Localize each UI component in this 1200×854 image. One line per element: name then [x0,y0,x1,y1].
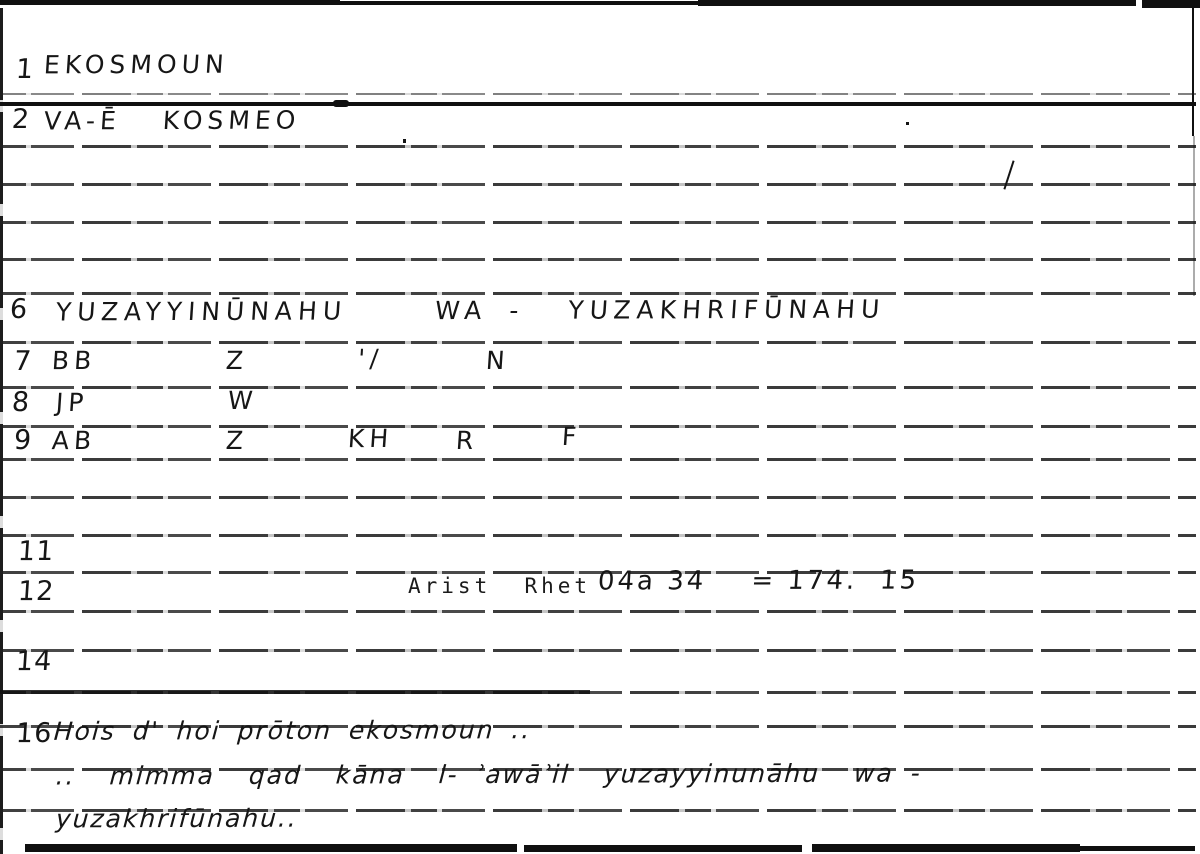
ruled-line [0,292,1196,295]
handwritten-citation: 04a 34 = 174. 15 [597,567,920,594]
ruled-line [0,534,1196,537]
handwritten-arabic-quotation-2: yuzakhrifūnahu.. [55,806,299,832]
variant-letter: Z [225,428,249,453]
scanned-index-card: 1 EKOSMOUN 2 VA-Ē KOSMEO 6 YUZAYYINŪNAHU… [0,0,1200,854]
siglum-jp: JP [55,390,89,415]
line-number-14: 14 [15,648,53,675]
printed-source-reference: Arist Rhet [408,576,591,597]
bottom-edge-bar [25,844,517,852]
ruled-line [0,649,1196,652]
variant-letter: R [455,428,479,453]
bottom-edge-bar [812,844,1080,852]
right-border [1193,136,1195,296]
top-edge-bar [698,0,1136,6]
siglum-bb: BB [51,348,97,373]
line-number-8: 8 [11,389,31,416]
handwritten-line2: VA-Ē KOSMEO [43,108,301,134]
ruled-line-heavy [0,690,590,694]
ruled-line [0,425,1196,428]
top-edge-bar [0,0,340,5]
ruled-line [0,386,1196,389]
line-number-2: 2 [11,106,31,133]
variant-letter: '/ [357,346,384,371]
ruled-line [0,258,1196,261]
ruled-line [0,496,1196,499]
right-border [1192,6,1194,136]
stray-mark [906,122,909,125]
ruled-line [0,458,1196,461]
ruled-line [0,145,1196,148]
ink-blob [333,100,349,107]
bottom-edge-bar [524,845,802,852]
line-number-1: 1 [15,56,35,83]
line-number-12: 12 [17,578,55,605]
ruled-line [0,610,1196,613]
variant-letter: Z [225,348,249,373]
bottom-edge-bar [1080,846,1195,851]
handwritten-headword-greek: EKOSMOUN [43,52,229,78]
line-number-16: 16 [15,720,53,747]
line-number-11: 11 [17,538,55,565]
line-number-7: 7 [13,348,33,375]
line-number-9: 9 [13,427,33,454]
siglum-ab: AB [51,428,97,453]
variant-letter: F [561,424,582,449]
stray-mark [403,139,406,143]
ruled-line [0,93,1196,95]
top-edge-bar [335,1,705,5]
variant-letter: W [227,388,258,413]
ruled-line [0,341,1196,344]
ruled-line [0,221,1196,224]
variant-letter: KH [347,426,394,451]
line-number-6: 6 [9,296,29,323]
handwritten-arabic-transcription: YUZAYYINŪNAHU WA - YUZAKHRIFŪNAHU [55,297,886,325]
variant-letter: N [485,348,510,373]
handwritten-arabic-quotation-1: .. mimma qad kāna l- ʾawāʾil yuzayyinunā… [55,760,923,788]
handwritten-greek-quotation: Hois d' hoi prōton ekosmoun .. [53,717,532,744]
ruled-line [0,183,1196,186]
